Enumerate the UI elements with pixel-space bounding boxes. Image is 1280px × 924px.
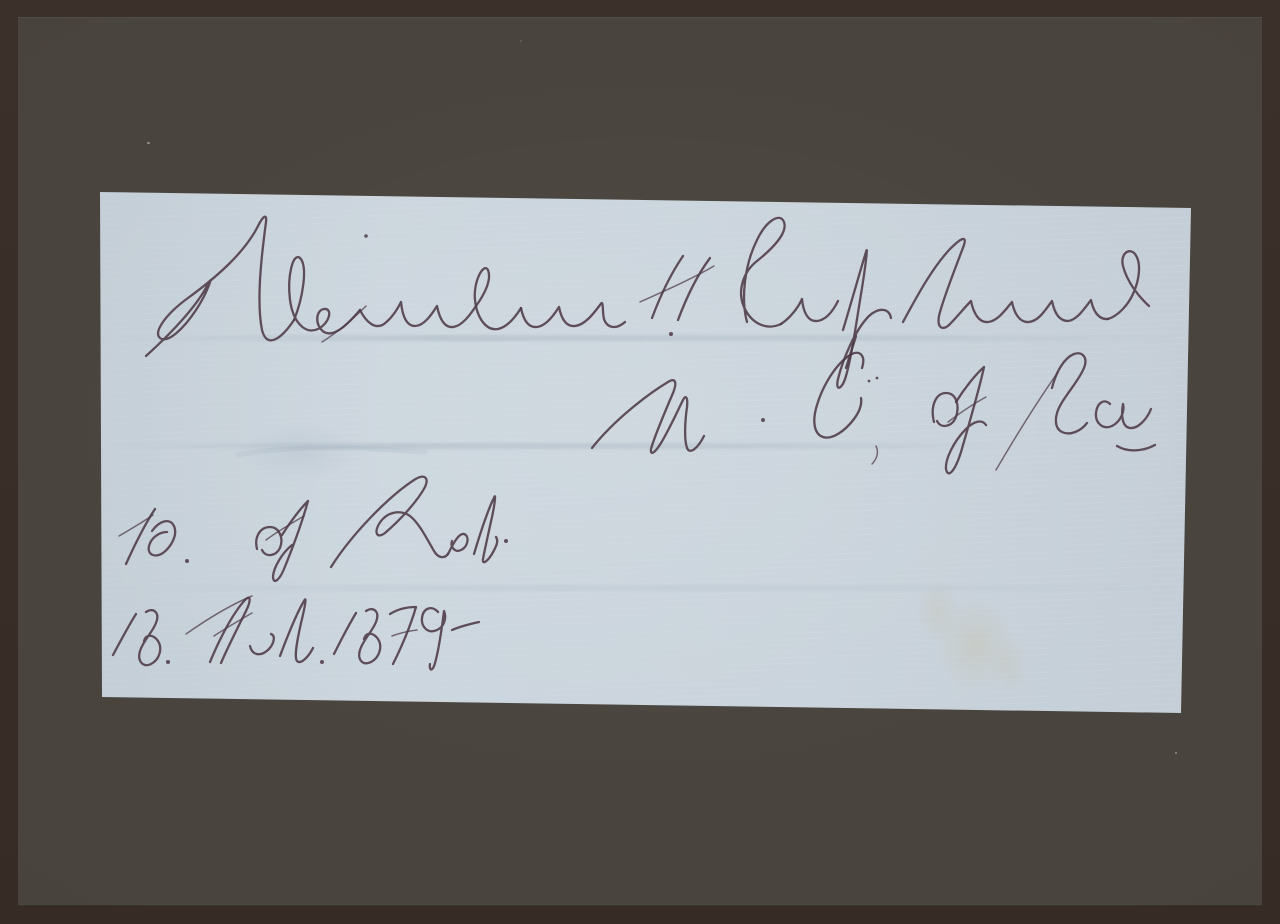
autograph-photo: Alexander H. Stephens M. C. of Ga Ho. of… xyxy=(0,0,1280,924)
transcription-date: 18. Feb. 1879 — xyxy=(0,0,1,1)
paper-texture-streak xyxy=(110,585,1180,591)
dust-speck xyxy=(520,40,522,42)
transcription-credential: M. C. of Ga xyxy=(0,0,1,1)
paper-texture-streak xyxy=(110,335,1180,341)
paper-texture-streak xyxy=(110,443,1010,449)
dust-speck xyxy=(147,142,150,144)
dust-speck xyxy=(1175,752,1177,754)
transcription-office: Ho. of Rep. xyxy=(0,0,1,1)
transcription-signature: Alexander H. Stephens xyxy=(0,0,1,1)
